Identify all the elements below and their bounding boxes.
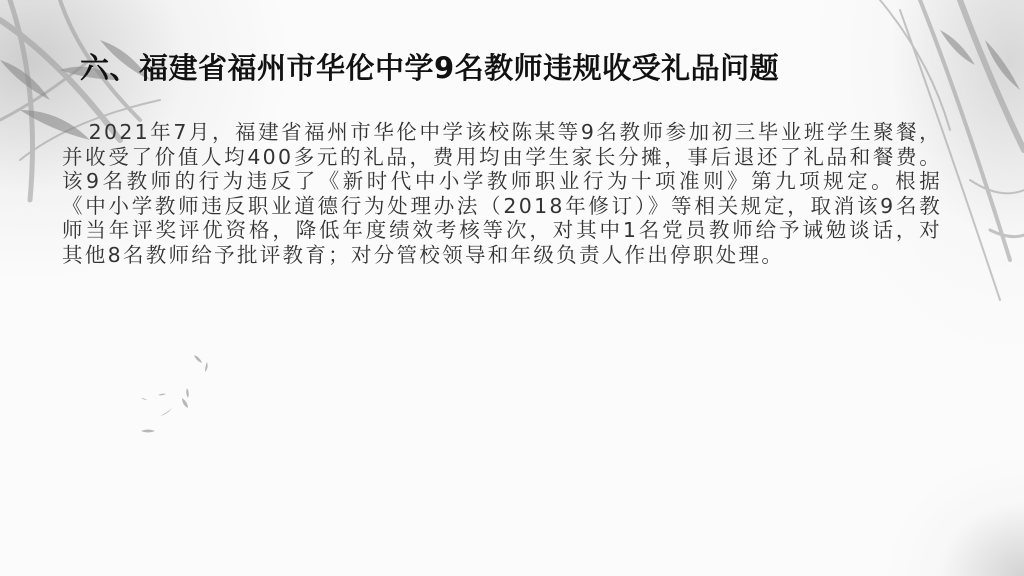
slide: 六、福建省福州市华伦中学9名教师违规收受礼品问题 2021年7月，福建省福州市华… bbox=[0, 0, 1024, 576]
slide-title: 六、福建省福州市华伦中学9名教师违规收受礼品问题 bbox=[80, 46, 779, 87]
slide-body-paragraph: 2021年7月，福建省福州市华伦中学该校陈某等9名教师参加初三毕业班学生聚餐，并… bbox=[62, 120, 942, 267]
